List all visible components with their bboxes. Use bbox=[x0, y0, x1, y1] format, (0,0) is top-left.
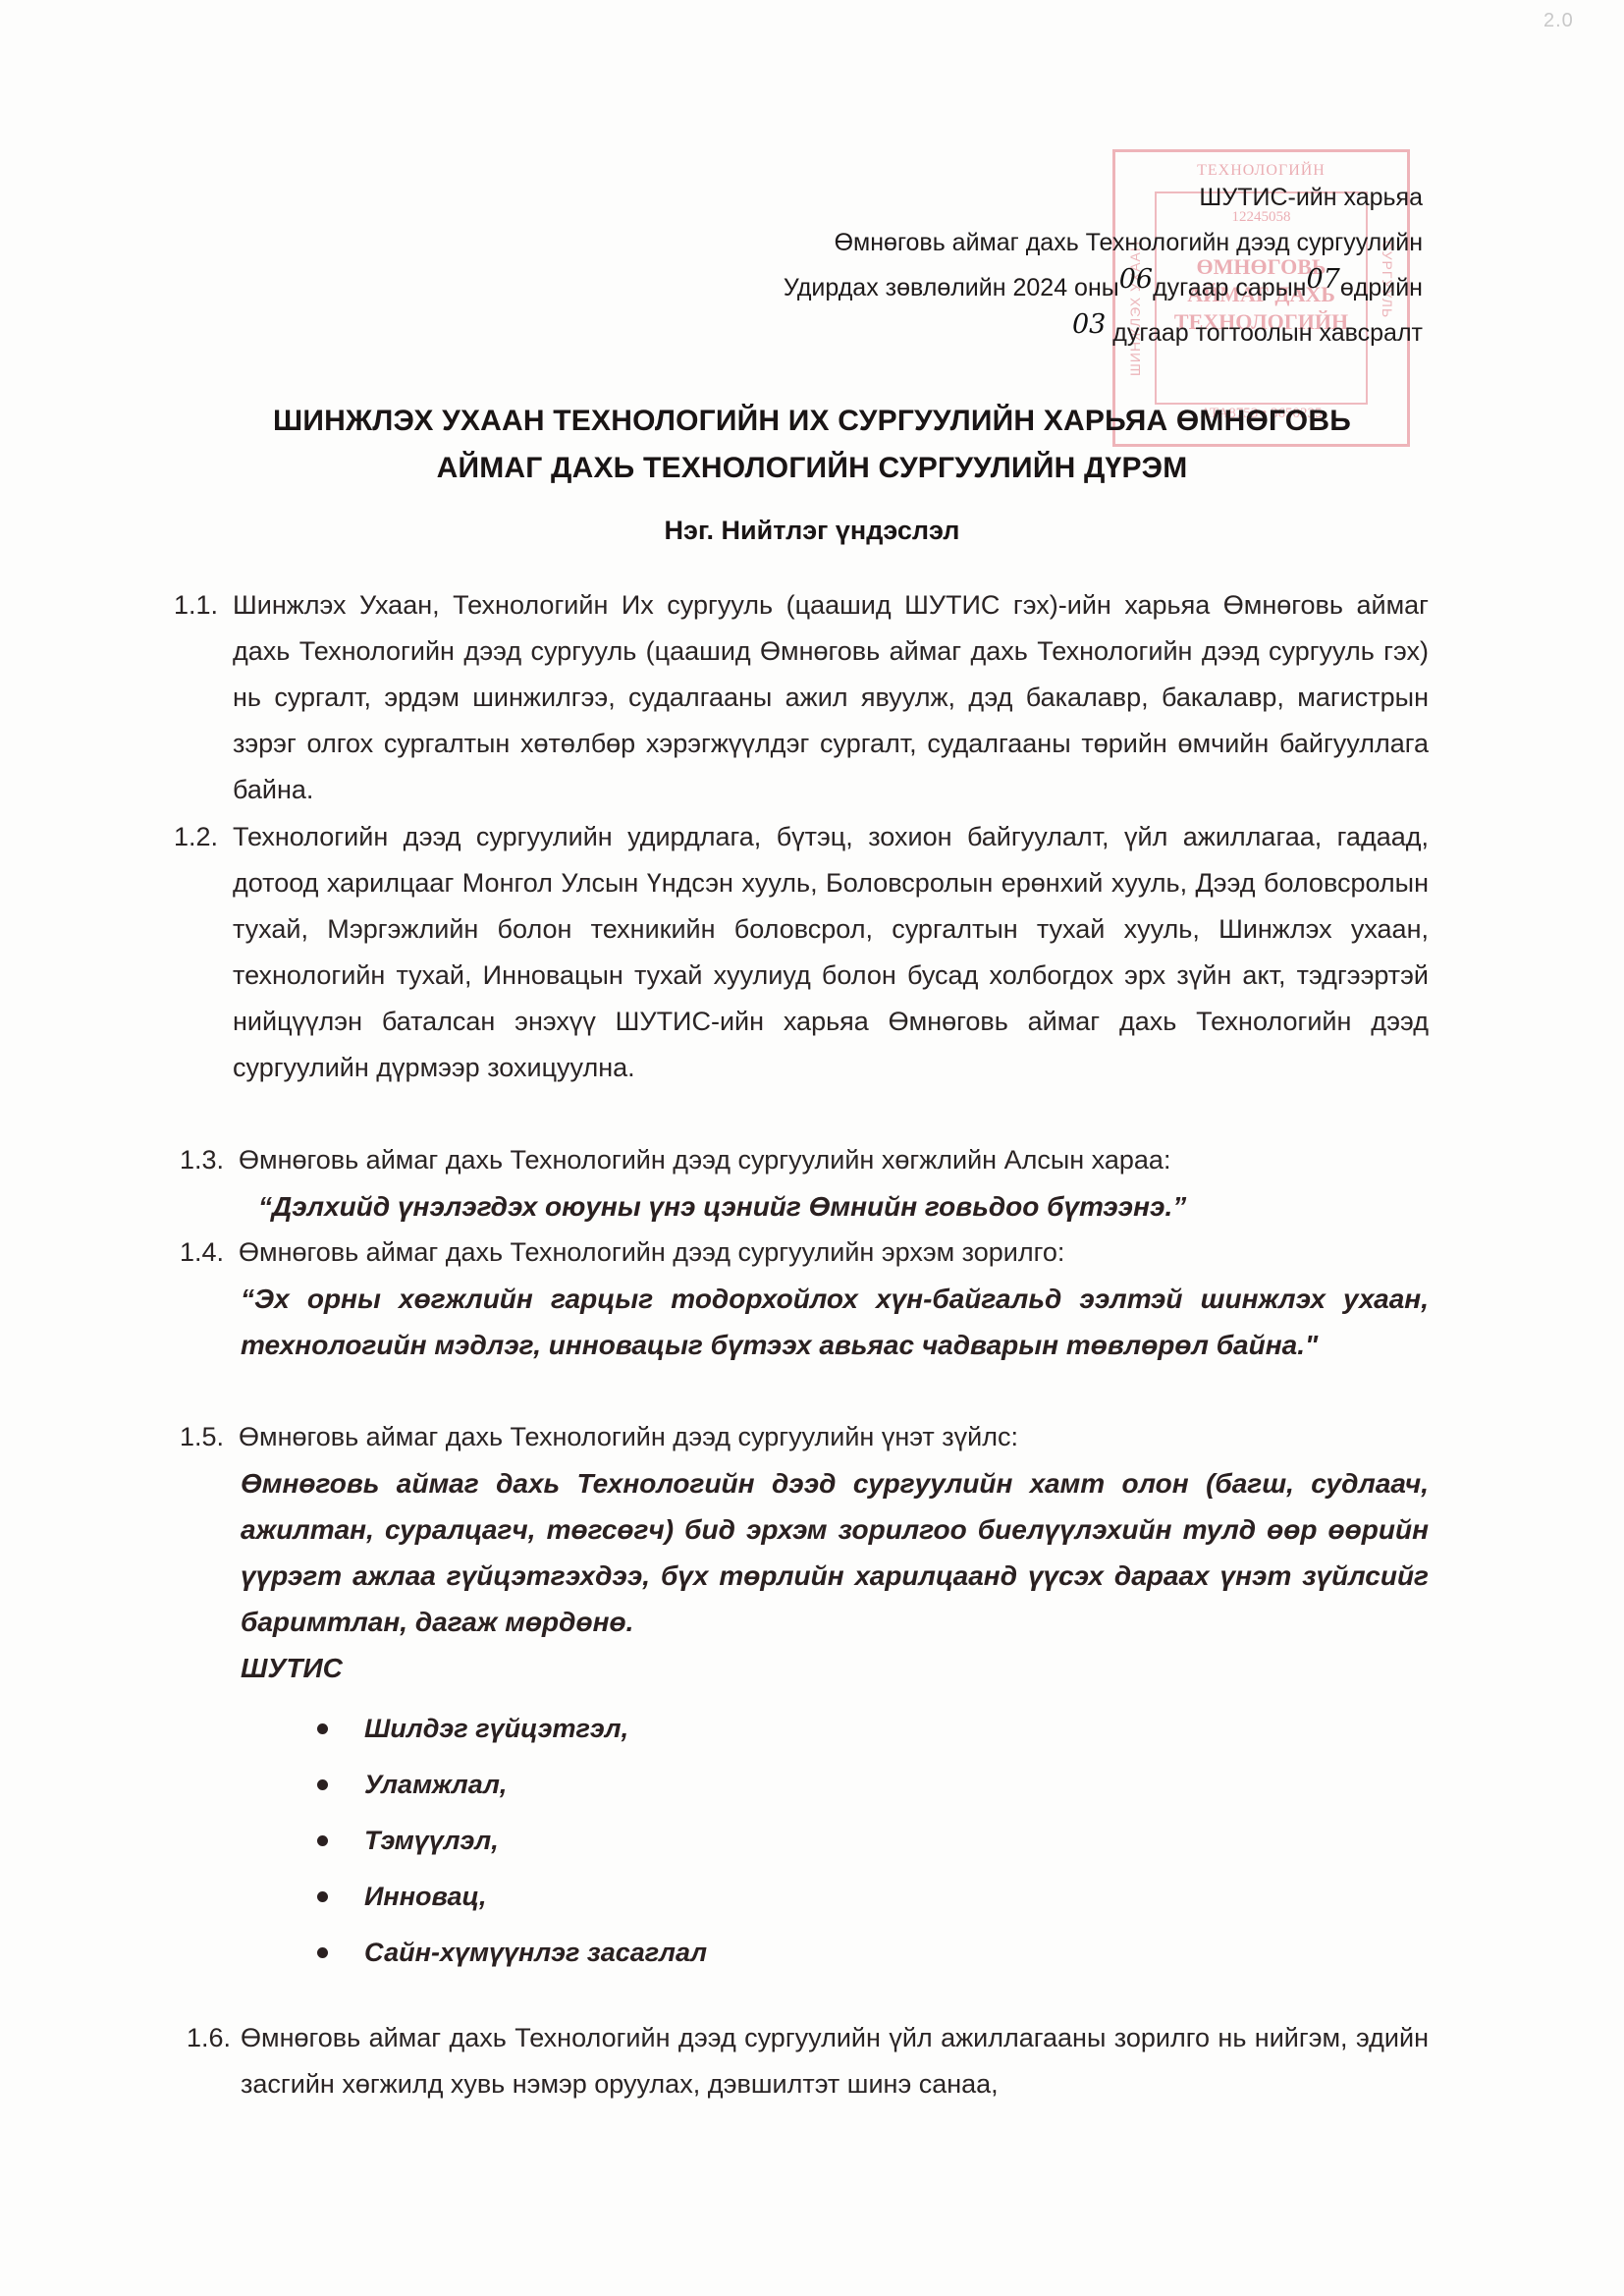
page-number-mark: 2.0 bbox=[1543, 10, 1574, 32]
clause-number: 1.1. bbox=[174, 582, 233, 813]
bullet-icon bbox=[317, 1723, 328, 1734]
vision-statement: “Дэлхийд үнэлэгдэх оюуны үнэ цэнийг Өмни… bbox=[180, 1183, 1429, 1230]
header-date-suffix: өдрийн bbox=[1340, 274, 1423, 301]
clause-text: Технологийн дээд сургуулийн удирдлага, б… bbox=[233, 814, 1429, 1091]
clause-number: 1.5. bbox=[180, 1414, 239, 1460]
bullet-icon bbox=[317, 1835, 328, 1846]
core-value-item: Уламжлал, bbox=[180, 1757, 1429, 1813]
core-value-label: Сайн-хүмүүнлэг засаглал bbox=[364, 1930, 707, 1976]
core-value-label: Тэмүүлэл, bbox=[364, 1818, 499, 1864]
bullet-icon bbox=[317, 1947, 328, 1958]
clause-1-6: 1.6. Өмнөговь аймаг дахь Технологийн дээ… bbox=[187, 2015, 1429, 2107]
clause-text: Өмнөговь аймаг дахь Технологийн дээд сур… bbox=[241, 2015, 1429, 2107]
clause-1-2: 1.2. Технологийн дээд сургуулийн удирдла… bbox=[174, 814, 1429, 1091]
clause-text: Өмнөговь аймаг дахь Технологийн дээд сур… bbox=[239, 1230, 1429, 1276]
bullet-icon bbox=[317, 1779, 328, 1790]
core-values-list: Шилдэг гүйцэтгэл, Уламжлал, Тэмүүлэл, Ин… bbox=[180, 1701, 1429, 1981]
clause-number: 1.2. bbox=[174, 814, 233, 1091]
header-line-date: Удирдах зөвлөлийн 2024 оны06дугаар сарын… bbox=[784, 265, 1423, 310]
handwritten-resolution-number: 03 bbox=[1072, 309, 1106, 340]
clause-number: 1.6. bbox=[187, 2015, 241, 2107]
clause-1-1: 1.1. Шинжлэх Ухаан, Технологийн Их сургу… bbox=[174, 582, 1429, 813]
header-line-resolution: 03 дугаар тогтоолын хавсралт bbox=[784, 310, 1423, 355]
core-value-item: Инновац, bbox=[180, 1869, 1429, 1925]
document-title: ШИНЖЛЭХ УХААН ТЕХНОЛОГИЙН ИХ СУРГУУЛИЙН … bbox=[0, 398, 1624, 492]
handwritten-month: 06 bbox=[1119, 264, 1153, 295]
bullet-icon bbox=[317, 1891, 328, 1902]
values-statement: Өмнөговь аймаг дахь Технологийн дээд сур… bbox=[180, 1460, 1429, 1645]
mission-statement: “Эх орны хөгжлийн гарцыг тодорхойлох хүн… bbox=[180, 1276, 1429, 1368]
annex-header: ШУТИС-ийн харьяа Өмнөговь аймаг дахь Тех… bbox=[784, 175, 1423, 355]
header-line-school: Өмнөговь аймаг дахь Технологийн дээд сур… bbox=[784, 220, 1423, 265]
core-value-item: Шилдэг гүйцэтгэл, bbox=[180, 1701, 1429, 1757]
clause-1-4: 1.4. Өмнөговь аймаг дахь Технологийн дээ… bbox=[180, 1230, 1429, 1368]
core-value-item: Тэмүүлэл, bbox=[180, 1813, 1429, 1869]
header-resolution-suffix: дугаар тогтоолын хавсралт bbox=[1112, 319, 1423, 347]
core-value-label: Инновац, bbox=[364, 1874, 486, 1920]
values-acronym: ШУТИС bbox=[180, 1645, 1429, 1691]
header-date-mid: дугаар сарын bbox=[1153, 274, 1306, 301]
core-value-label: Уламжлал, bbox=[364, 1762, 507, 1808]
clause-number: 1.3. bbox=[180, 1137, 239, 1183]
document-title-line-1: ШИНЖЛЭХ УХААН ТЕХНОЛОГИЙН ИХ СУРГУУЛИЙН … bbox=[0, 398, 1624, 445]
clause-1-3: 1.3. Өмнөговь аймаг дахь Технологийн дээ… bbox=[180, 1137, 1429, 1230]
core-value-item: Сайн-хүмүүнлэг засаглал bbox=[180, 1925, 1429, 1981]
document-title-line-2: АЙМАГ ДАХЬ ТЕХНОЛОГИЙН СУРГУУЛИЙН ДҮРЭМ bbox=[0, 445, 1624, 492]
clause-text: Өмнөговь аймаг дахь Технологийн дээд сур… bbox=[239, 1414, 1429, 1460]
clause-number: 1.4. bbox=[180, 1230, 239, 1276]
header-line-affiliation: ШУТИС-ийн харьяа bbox=[784, 175, 1423, 220]
clause-1-5: 1.5. Өмнөговь аймаг дахь Технологийн дээ… bbox=[180, 1414, 1429, 1981]
header-date-prefix: Удирдах зөвлөлийн 2024 оны bbox=[784, 274, 1119, 301]
clause-text: Шинжлэх Ухаан, Технологийн Их сургууль (… bbox=[233, 582, 1429, 813]
core-value-label: Шилдэг гүйцэтгэл, bbox=[364, 1706, 628, 1752]
handwritten-day: 07 bbox=[1307, 264, 1340, 295]
clause-text: Өмнөговь аймаг дахь Технологийн дээд сур… bbox=[239, 1137, 1429, 1183]
section-heading: Нэг. Нийтлэг үндэслэл bbox=[0, 516, 1624, 546]
